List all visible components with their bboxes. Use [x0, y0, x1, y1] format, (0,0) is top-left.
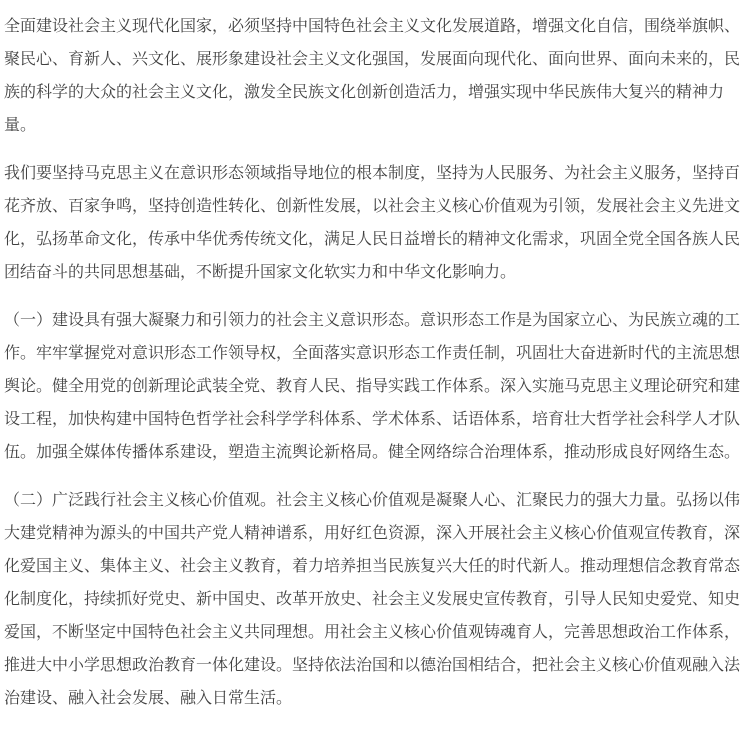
paragraph-intro-culture: 全面建设社会主义现代化国家，必须坚持中国特色社会主义文化发展道路，增强文化自信，…	[4, 9, 745, 141]
document-page: 全面建设社会主义现代化国家，必须坚持中国特色社会主义文化发展道路，增强文化自信，…	[0, 0, 747, 744]
paragraph-item-2-core-values: （二）广泛践行社会主义核心价值观。社会主义核心价值观是凝聚人心、汇聚民力的强大力…	[4, 483, 745, 714]
paragraph-item-1-socialist-ideology: （一）建设具有强大凝聚力和引领力的社会主义意识形态。意识形态工作是为国家立心、为…	[4, 303, 745, 468]
paragraph-marxism-ideology-guidance: 我们要坚持马克思主义在意识形态领域指导地位的根本制度，坚持为人民服务、为社会主义…	[4, 156, 745, 288]
